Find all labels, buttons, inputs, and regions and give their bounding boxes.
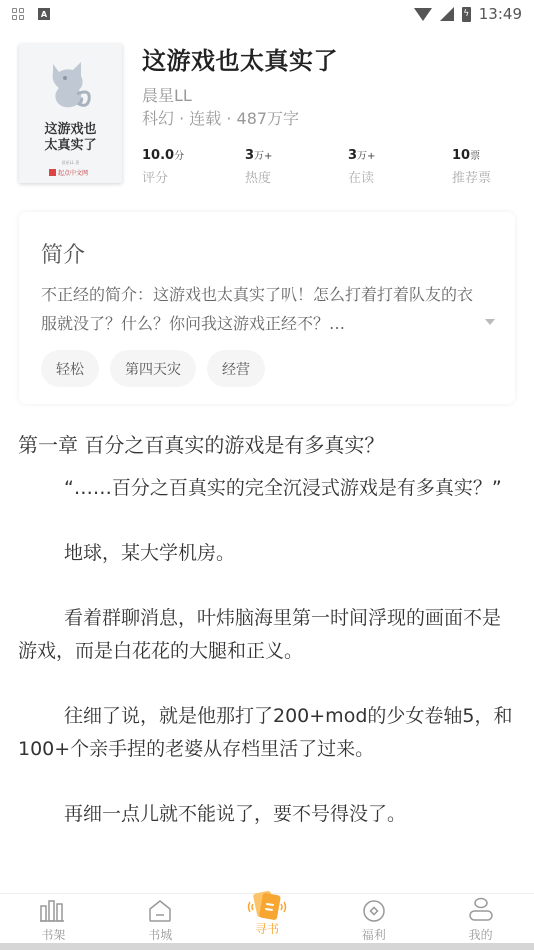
chapter-title: 第一章 百分之百真实的游戏是有多真实？ (18, 428, 518, 462)
bookstore-icon (147, 899, 173, 923)
cat-illustration-icon (45, 58, 93, 112)
stat-rating[interactable]: 10.0分 评分 (142, 144, 184, 186)
book-author[interactable]: 晨星LL (142, 83, 192, 106)
paragraph: “……百分之百真实的完全沉浸式游戏是有多真实？” (18, 472, 518, 505)
cover-title: 这游戏也 太真实了 (19, 122, 122, 154)
tag-list: 轻松 第四天灾 经营 (41, 350, 265, 387)
a-icon: A (38, 8, 50, 20)
intro-title: 简介 (41, 238, 85, 269)
stat-popularity[interactable]: 3万+ 热度 (245, 144, 272, 186)
book-meta: 科幻 · 连载 · 487万字 (142, 106, 299, 129)
wifi-icon (414, 8, 432, 21)
chapter-content: 第一章 百分之百真实的游戏是有多真实？ “……百分之百真实的完全沉浸式游戏是有多… (18, 428, 518, 831)
stat-recommend-votes[interactable]: 10票 推荐票 (452, 144, 491, 186)
welfare-icon (361, 899, 387, 923)
cover-publisher: 起点中文网 (49, 168, 88, 177)
intro-card[interactable]: 简介 不正经的简介：这游戏也太真实了叭！怎么打着打着队友的衣服就没了？什么？你问… (19, 212, 515, 404)
publisher-logo-icon (49, 169, 56, 176)
paragraph: 地球，某大学机房。 (18, 537, 518, 570)
nav-item-bookstore[interactable]: 书城 (107, 894, 214, 943)
expand-arrow-icon[interactable] (485, 319, 495, 325)
bookshelf-icon (39, 899, 67, 923)
stat-reading[interactable]: 3万+ 在读 (348, 144, 375, 186)
nav-item-profile[interactable]: 我的 (427, 894, 534, 943)
tag[interactable]: 经营 (207, 350, 265, 387)
nav-item-welfare[interactable]: 福利 (320, 894, 427, 943)
book-title: 这游戏也太真实了 (142, 41, 338, 76)
status-time: 13:49 (479, 5, 522, 23)
book-header: 这游戏也 太真实了 晨星LL 著 起点中文网 这游戏也太真实了 晨星LL 科幻 … (18, 44, 518, 184)
intro-text: 不正经的简介：这游戏也太真实了叭！怎么打着打着队友的衣服就没了？什么？你问我这游… (41, 280, 481, 338)
book-stats: 10.0分 评分 3万+ 热度 3万+ 在读 10票 推荐票 (142, 144, 502, 184)
paragraph: 往细了说，就是他那打了200+mod的少女卷轴5，和100+个亲手捏的老婆从存档… (18, 700, 518, 766)
cover-author: 晨星LL 著 (19, 160, 122, 166)
tag[interactable]: 轻松 (41, 350, 99, 387)
status-bar: A ϟ 13:49 (0, 0, 534, 28)
paragraph: 再细一点儿就不能说了，要不号得没了。 (18, 798, 518, 831)
system-nav-bar (0, 943, 534, 950)
bottom-nav: 书架 书城 寻书 (0, 893, 534, 943)
apps-icon (12, 8, 24, 20)
profile-icon (467, 897, 495, 923)
find-book-icon (241, 889, 293, 923)
nav-item-bookshelf[interactable]: 书架 (0, 894, 107, 943)
book-cover[interactable]: 这游戏也 太真实了 晨星LL 著 起点中文网 (19, 44, 122, 183)
signal-icon (440, 7, 454, 21)
battery-charging-icon: ϟ (462, 7, 471, 22)
nav-item-find-book[interactable]: 寻书 (214, 894, 321, 943)
paragraph: 看着群聊消息，叶炜脑海里第一时间浮现的画面不是游戏，而是白花花的大腿和正义。 (18, 602, 518, 668)
tag[interactable]: 第四天灾 (110, 350, 196, 387)
